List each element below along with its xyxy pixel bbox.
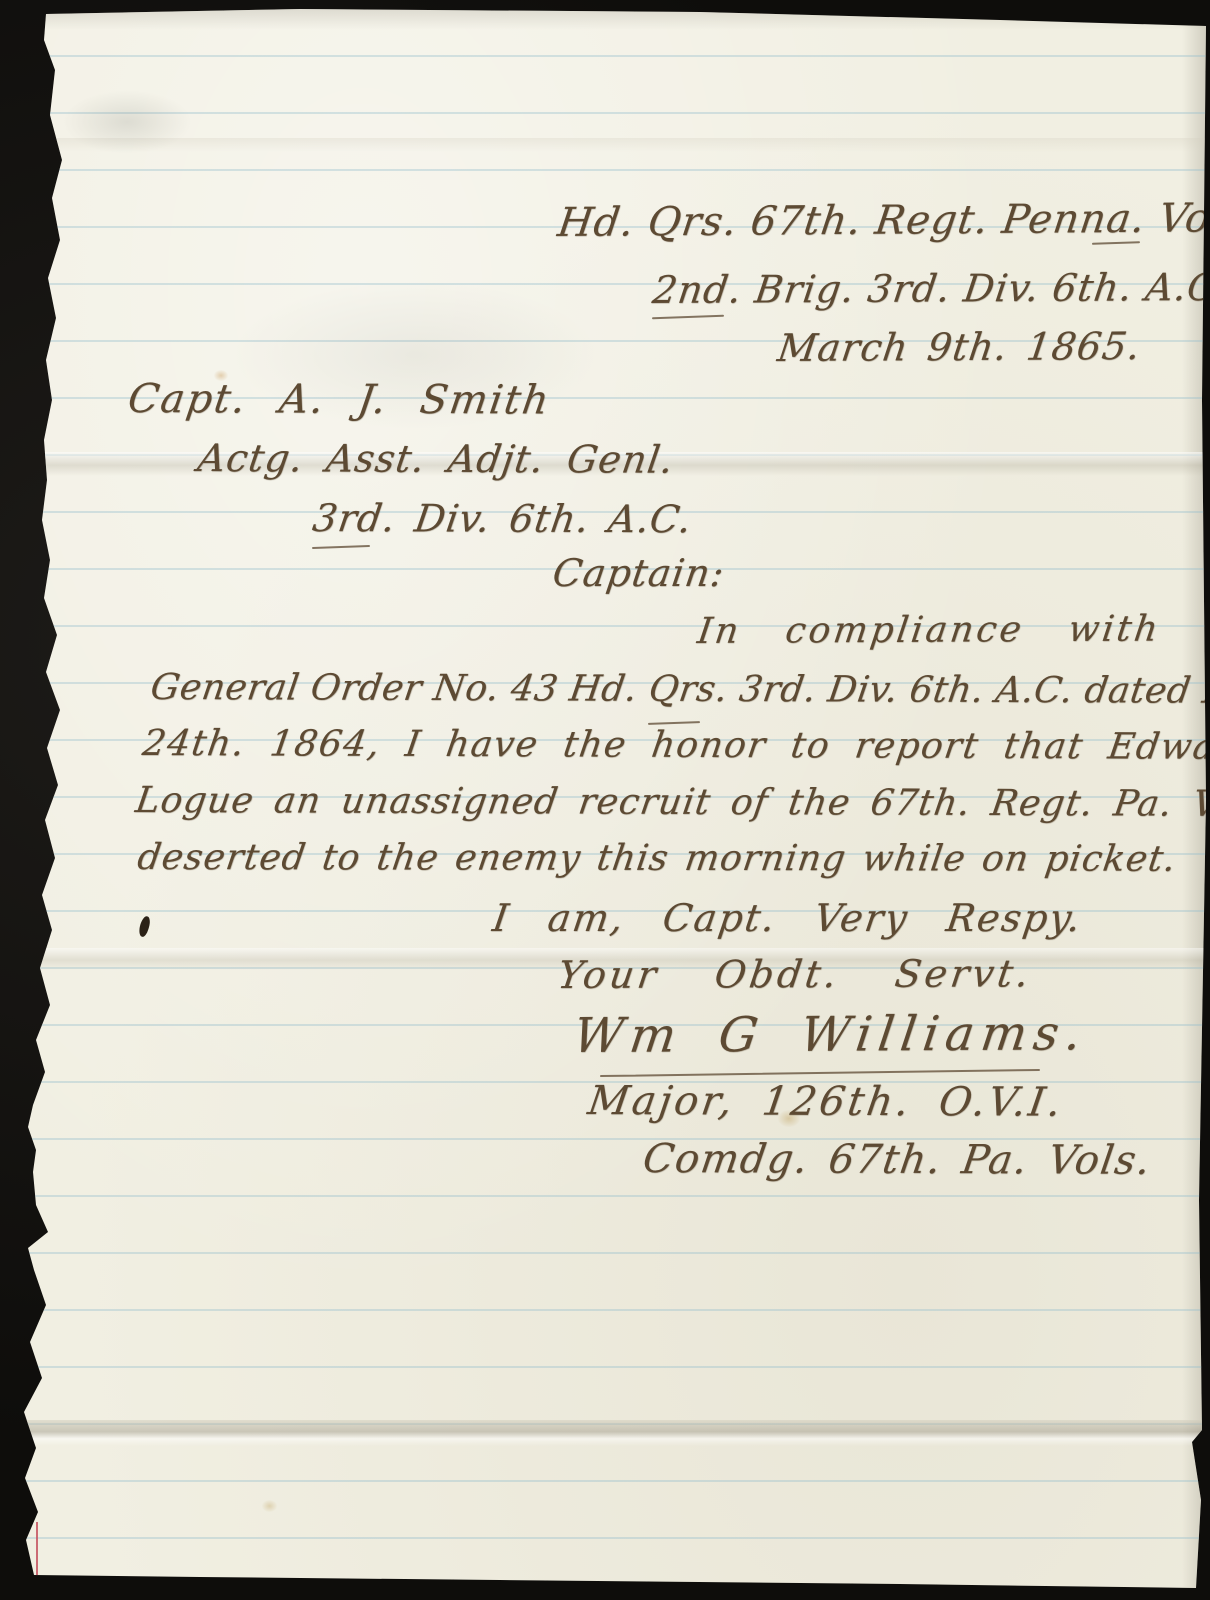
- letter-page: Hd. Qrs. 67th. Regt. Penna. Vols. 2nd. B…: [0, 0, 1210, 1600]
- ink-blot: [137, 915, 151, 938]
- recipient-name: Capt. A. J. Smith: [125, 376, 554, 423]
- underline-2nd: [652, 315, 724, 320]
- underline-3rd-recipient: [312, 545, 370, 549]
- recipient-title: Actg. Asst. Adjt. Genl.: [195, 436, 677, 482]
- foxing-spot-bottom: [262, 1500, 277, 1512]
- salutation: Captain:: [550, 551, 728, 595]
- fold-crease-lower: [0, 1420, 1210, 1446]
- smudge-stain: [62, 90, 192, 154]
- fold-crease-top: [0, 138, 1210, 152]
- recipient-unit: 3rd. Div. 6th. A.C.: [310, 496, 695, 541]
- closing-line-1: I am, Capt. Very Respy.: [490, 896, 1085, 940]
- signature: Wm G Williams.: [570, 1005, 1092, 1064]
- signature-flourish: [600, 1069, 1040, 1077]
- body-line-4: Logue an unassigned recruit of the 67th.…: [133, 780, 1210, 825]
- body-line-3: 24th. 1864, I have the honor to report t…: [140, 723, 1210, 768]
- body-line-5: deserted to the enemy this morning while…: [135, 837, 1179, 880]
- body-line-2: General Order No. 43 Hd. Qrs. 3rd. Div. …: [148, 667, 1210, 712]
- heading-date: March 9th. 1865.: [775, 324, 1144, 370]
- signature-rank: Major, 126th. O.V.I.: [585, 1078, 1067, 1126]
- heading-line-2: 2nd. Brig. 3rd. Div. 6th. A.C.: [650, 265, 1210, 312]
- photo-background: Hd. Qrs. 67th. Regt. Penna. Vols. 2nd. B…: [0, 0, 1210, 1600]
- red-margin-line: [36, 1522, 38, 1576]
- heading-line-1: Hd. Qrs. 67th. Regt. Penna. Vols.: [555, 195, 1210, 246]
- body-line-1: In compliance with: [695, 609, 1163, 652]
- closing-line-2: Your Obdt. Servt.: [555, 951, 1035, 997]
- signature-command: Comdg. 67th. Pa. Vols.: [640, 1136, 1155, 1184]
